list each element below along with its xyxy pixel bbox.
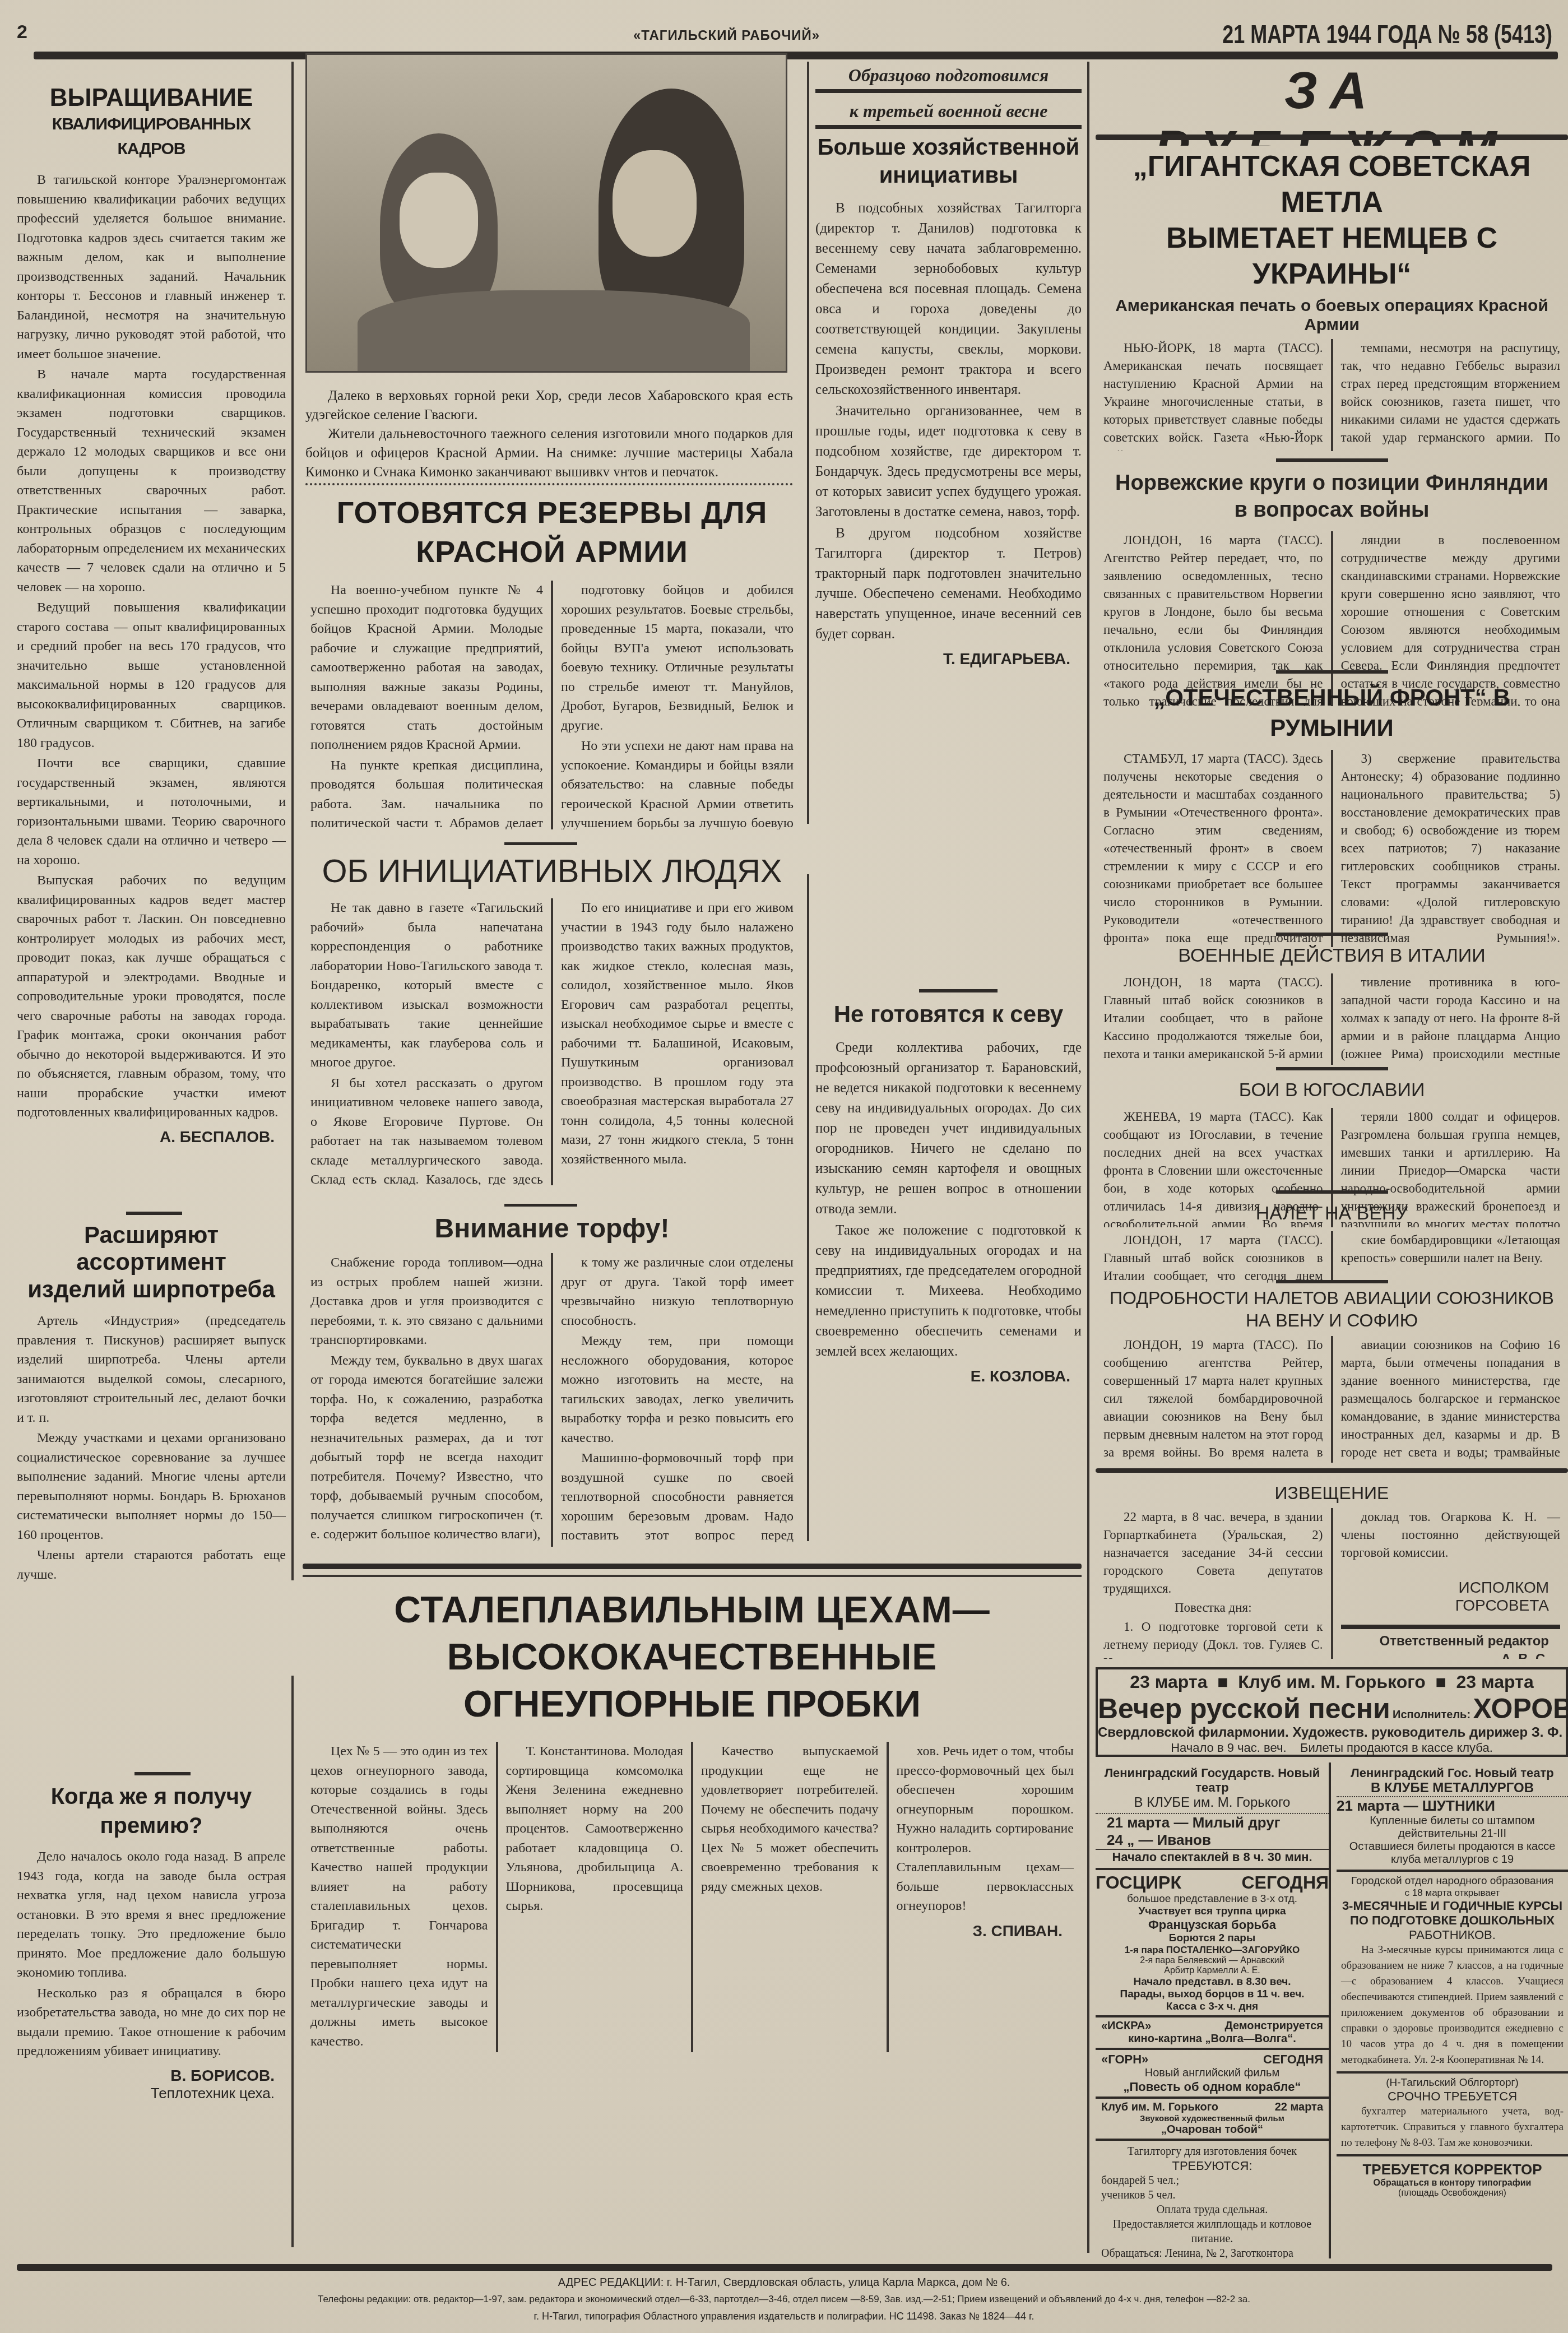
ad-text: (площадь Освобождения): [1341, 2188, 1564, 2199]
circus-start: Начало представл. в 8.30 веч.: [1096, 1976, 1329, 1988]
caption-text: Далеко в верховьях горной реки Хор, сред…: [305, 387, 793, 425]
paragraph: Т. Константинова. Молодая сортировщица к…: [506, 1742, 684, 1916]
paragraph: ЛОНДОН, 19 марта (ТАСС). По сообщению аг…: [1103, 1336, 1323, 1463]
circus-pair: 1-я пара ПОСТАЛЕНКО—ЗАГОРУЙКО: [1096, 1945, 1329, 1956]
headline: Не готовятся к севу: [815, 998, 1082, 1031]
headline: Норвежские круги о позиции Финляндии: [1096, 470, 1568, 497]
show-date: 21 марта: [1337, 1797, 1399, 1814]
article-initiative-people: ОБ ИНИЦИАТИВНЫХ ЛЮДЯХ Не так давно в газ…: [303, 849, 801, 1185]
ad-title: ТРЕБУЮТСЯ:: [1101, 2159, 1323, 2173]
ads-right-column: Ленинградский Гос. Новый театр В КЛУБЕ М…: [1337, 1762, 1568, 2258]
ad-iskra: «ИСКРА»Демонстрируется кино-картина „Вол…: [1096, 2017, 1329, 2050]
signature: В. БОРИСОВ.: [17, 2067, 286, 2085]
article-premium: Когда же я получу премию? Дело началось …: [17, 1782, 286, 2253]
column-divider: [807, 62, 809, 824]
film-date: 22 марта: [1275, 2101, 1323, 2114]
concert-title: Вечер русской песни: [1098, 1693, 1390, 1724]
paragraph: Среди коллектива рабочих, где профсоюзны…: [815, 1038, 1082, 1219]
ad-text: Обращаться в контору типографии: [1341, 2178, 1564, 2188]
column-divider: [291, 62, 294, 1580]
column-divider: [291, 1676, 294, 2247]
concert-detail: Свердловской филармонии. Художеств. руко…: [1098, 1725, 1566, 1741]
cinema-name: «ИСКРА»: [1101, 2020, 1151, 2033]
editor-name: А. В. С.: [1341, 1650, 1561, 1659]
circus-pair: 2-я пара Беляевский — Арнавский: [1096, 1956, 1329, 1966]
paragraph: Несколько раз я обращался в бюро изобрет…: [17, 1984, 286, 2061]
concert-tickets: Билеты продаются в кассе клуба.: [1300, 1741, 1493, 1755]
paragraph: НЬЮ-ЙОРК, 18 марта (ТАСС). Американская …: [1103, 339, 1323, 451]
separator: [126, 1212, 182, 1215]
ad-concert: 23 марта ■ Клуб им. М. Горького ■ 23 мар…: [1096, 1667, 1568, 1757]
show-title: — Иванов: [1138, 1831, 1211, 1848]
paragraph: к тому же различные слои отделены друг о…: [561, 1253, 794, 1330]
paragraph: Такое же положение с подготовкой к севу …: [815, 1221, 1082, 1362]
kicker: к третьей военной весне: [815, 98, 1082, 129]
ad-title: ПО ПОДГОТОВКЕ ДОШКОЛЬНЫХ: [1341, 1913, 1564, 1928]
ad-item: учеников 5 чел.: [1101, 2188, 1323, 2202]
paragraph: В подсобных хозяйствах Тагилторга (дирек…: [815, 198, 1082, 400]
concert-venue: Клуб им. М. Горького: [1238, 1672, 1425, 1692]
paragraph: ские бомбардировщики «Летающая крепость»…: [1341, 1231, 1561, 1267]
paragraph: Между участками и цехами организовано со…: [17, 1428, 286, 1544]
ad-note: Оставшиеся билеты продаются в кассе клуб…: [1337, 1840, 1568, 1866]
concert-date: 23 марта: [1130, 1672, 1207, 1692]
woman-face: [613, 150, 697, 257]
newspaper-page: 2 «ТАГИЛЬСКИЙ РАБОЧИЙ» 21 МАРТА 1944 ГОД…: [0, 0, 1568, 2333]
paragraph: Значительно организованнее, чем в прошлы…: [815, 401, 1082, 522]
ad-title: СРОЧНО ТРЕБУЕТСЯ: [1341, 2089, 1564, 2104]
abroad-section-header: ЗА РУБЕЖОМ: [1096, 62, 1568, 146]
theater-name: Ленинградский Государств. Новый театр: [1096, 1766, 1329, 1795]
ads-left-column: Ленинградский Государств. Новый театр В …: [1096, 1762, 1331, 2258]
kicker: Образцово подготовимся: [815, 62, 1082, 93]
section-rule: [1096, 1468, 1568, 1473]
film-descriptor: Новый английский фильм: [1101, 2067, 1323, 2080]
paragraph: По его инициативе и при его живом участи…: [561, 898, 794, 1169]
headline: „ОТЕЧЕСТВЕННЫЙ ФРОНТ“ В РУМЫНИИ: [1096, 683, 1568, 743]
ad-gorn: «ГОРН»СЕГОДНЯ Новый английский фильм „По…: [1096, 2050, 1329, 2099]
headline: ОГНЕУПОРНЫЕ ПРОБКИ: [303, 1680, 1082, 1727]
paragraph: Члены артели стараются работать еще лучш…: [17, 1546, 286, 1584]
imprint: АДРЕС РЕДАКЦИИ: г. Н-Тагил, Свердловская…: [0, 2274, 1568, 2325]
performer-label: Исполнитель:: [1393, 1709, 1470, 1721]
ad-text: (Н-Тагильский Облгорторг): [1341, 2077, 1564, 2089]
paragraph: доклад тов. Огаркова К. Н. — члены посто…: [1341, 1508, 1561, 1562]
paragraph: Но эти успехи не дают нам права на успок…: [561, 736, 794, 829]
headline: Когда же я получу премию?: [17, 1782, 286, 1840]
newspaper-name: «ТАГИЛЬСКИЙ РАБОЧИЙ»: [633, 28, 820, 44]
paragraph: авиации союзников на Софию 16 марта, был…: [1341, 1336, 1561, 1463]
ad-title: 3-МЕСЯЧНЫЕ И ГОДИЧНЫЕ КУРСЫ: [1341, 1899, 1564, 1913]
imprint-phones: Телефоны редакции: отв. редактор—1-97, з…: [0, 2291, 1568, 2308]
notice-title: ИЗВЕЩЕНИЕ: [1096, 1483, 1568, 1504]
article-peat: Внимание торфу! Снабжение города топливо…: [303, 1210, 801, 1547]
paragraph: Не так давно в газете «Тагильский рабочи…: [310, 898, 543, 1073]
headline: в вопросах войны: [1096, 497, 1568, 523]
headline: ВЫМЕТАЕТ НЕМЦЕВ С УКРАИНЫ“: [1096, 220, 1568, 292]
dateline: 21 МАРТА 1944 ГОДА № 58 (5413): [1222, 19, 1552, 50]
section-title: ЗА РУБЕЖОМ: [1096, 62, 1568, 146]
show-title: — Милый друг: [1173, 1814, 1280, 1831]
column-divider: [1087, 62, 1089, 2253]
headline: КВАЛИФИЦИРОВАННЫХ КАДРОВ: [17, 112, 286, 161]
paragraph: Почти все сварщики, сдавшие государствен…: [17, 754, 286, 870]
article-assortment: Расширяют ассортимент изделий ширпотреба…: [17, 1222, 286, 1726]
circus-line: Французская борьба: [1096, 1918, 1329, 1932]
circus-line: Участвует вся труппа цирка: [1096, 1905, 1329, 1918]
paragraph: тивление противника в юго-западной части…: [1341, 973, 1561, 1065]
ad-text: Предоставляется жилплощадь и котловое пи…: [1101, 2217, 1323, 2246]
agenda-item: 1. О подготовке торговой сети к летнему …: [1103, 1618, 1323, 1659]
circus-today: СЕГОДНЯ: [1241, 1872, 1329, 1893]
paragraph: Ведущий повышения квалификации старого с…: [17, 598, 286, 753]
film-title: „Повесть об одном корабле“: [1101, 2080, 1323, 2094]
editor-label: Ответственный редактор: [1341, 1632, 1561, 1650]
ad-urgent: (Н-Тагильский Облгорторг) СРОЧНО ТРЕБУЕТ…: [1337, 2074, 1568, 2156]
ad-text: Тагилторгу для изготовления бочек: [1101, 2144, 1323, 2159]
circus-referee: Арбитр Кармелли А. Е.: [1096, 1966, 1329, 1976]
paragraph: СТАМБУЛ, 17 марта (ТАСС). Здесь получены…: [1103, 750, 1323, 947]
theater-venue: В КЛУБЕ им. М. Горького: [1096, 1795, 1329, 1814]
paragraph: Качество выпускаемой продукции еще не уд…: [701, 1742, 879, 1896]
paragraph: Машинно-формовочный торф при воздушной с…: [561, 1449, 794, 1547]
article-cadres: ВЫРАЩИВАНИЕ КВАЛИФИЦИРОВАННЫХ КАДРОВ В т…: [17, 67, 286, 1199]
paragraph: Я бы хотел рассказать о другом инициатив…: [310, 1074, 543, 1186]
article-abroad-lead: „ГИГАНТСКАЯ СОВЕТСКАЯ МЕТЛА ВЫМЕТАЕТ НЕМ…: [1096, 149, 1568, 451]
headline: НА ВЕНУ И СОФИЮ: [1096, 1309, 1568, 1332]
section-rule: [303, 1575, 1082, 1577]
paragraph: В другом подсобном хозяйстве Тагилторга …: [815, 523, 1082, 644]
theater-venue: В КЛУБЕ МЕТАЛЛУРГОВ: [1337, 1780, 1568, 1797]
signature-role: Теплотехник цеха.: [17, 2085, 286, 2102]
ad-circus: ГОСЦИРКСЕГОДНЯ большое представление в 3…: [1096, 1870, 1329, 2017]
article-economy-initiative: Образцово подготовимся к третьей военной…: [815, 62, 1082, 981]
ad-body: На 3-месячные курсы принимаются лица с о…: [1341, 1942, 1564, 2068]
paragraph: Цех № 5 — это один из тех цехов огнеупор…: [310, 1742, 488, 2051]
concert-date: 23 марта: [1456, 1672, 1534, 1692]
separator: [504, 1204, 577, 1207]
headline: ОБ ИНИЦИАТИВНЫХ ЛЮДЯХ: [303, 849, 801, 894]
paragraph: ЛОНДОН, 17 марта (ТАСС). Главный штаб во…: [1103, 1231, 1323, 1283]
paragraph: Между тем, буквально в двух шагах от гор…: [310, 1351, 543, 1544]
issuer: ИСПОЛКОМ ГОРСОВЕТА: [1341, 1579, 1561, 1615]
paragraph: Дело началось около года назад. В апреле…: [17, 1847, 286, 1983]
ad-courses: Городской отдел народного образования с …: [1337, 1872, 1568, 2074]
circus-name: ГОСЦИРК: [1096, 1872, 1181, 1893]
concert-start: Начало в 9 час. веч.: [1171, 1741, 1286, 1755]
notice: ИЗВЕЩЕНИЕ 22 марта, в 8 час. вечера, в з…: [1096, 1479, 1568, 1659]
ad-corrector: ТРЕБУЕТСЯ КОРРЕКТОР Обращаться в контору…: [1337, 2156, 1568, 2203]
paragraph: подготовку бойцов и добился хороших резу…: [561, 581, 794, 735]
ad-item: бондарей 5 чел.;: [1101, 2173, 1323, 2188]
performer: ХОРОВАЯ КАПЕЛЛА: [1473, 1693, 1568, 1724]
show-title: — ШУТНИКИ: [1403, 1797, 1495, 1814]
separator: [134, 1772, 191, 1775]
paragraph: Между тем, при помощи несложного оборудо…: [561, 1332, 794, 1448]
ad-title: РАБОТНИКОВ.: [1341, 1928, 1564, 1942]
ad-gorky-film: Клуб им. М. Горького22 марта Звуковой ху…: [1096, 2099, 1329, 2141]
ad-text: с 18 марта открывает: [1341, 1887, 1564, 1899]
show-date: 21 марта: [1107, 1814, 1170, 1831]
section-rule: [303, 1564, 1082, 1569]
headline: Внимание торфу!: [303, 1210, 801, 1247]
page-number: 2: [17, 21, 27, 43]
paragraph: Артель «Индустрия» (председатель правлен…: [17, 1311, 286, 1427]
ad-tagiltorg: Тагилторгу для изготовления бочек ТРЕБУЮ…: [1096, 2141, 1329, 2258]
circus-box-office: Касса с 3-х ч. дня: [1096, 2001, 1329, 2013]
signature: Т. ЕДИГАРЬЕВА.: [815, 650, 1082, 668]
ad-text: Оплата труда сдельная.: [1101, 2202, 1323, 2217]
ad-theater-gorky: Ленинградский Государств. Новый театр В …: [1096, 1762, 1329, 1870]
paragraph: Снабжение города топливом—одна из острых…: [310, 1253, 543, 1350]
headline: ПОДРОБНОСТИ НАЛЕТОВ АВИАЦИИ СОЮЗНИКОВ: [1096, 1287, 1568, 1309]
club-name: Клуб им. М. Горького: [1101, 2101, 1218, 2114]
ad-body: бухгалтер материального учета, вод-карто…: [1341, 2104, 1564, 2151]
show-start: Начало спектаклей в 8 ч. 30 мин.: [1096, 1850, 1329, 1864]
theater-name: Ленинградский Гос. Новый театр: [1337, 1766, 1568, 1780]
signature: З. СПИВАН.: [897, 1922, 1074, 1941]
agenda-label: Повестка дня:: [1103, 1599, 1323, 1617]
circus-parade: Парады, выход борцов в 11 ч. веч.: [1096, 1988, 1329, 2001]
column-divider: [807, 874, 809, 1541]
paragraph: темпами, несмотря на распутицу, так, что…: [1341, 339, 1561, 451]
paragraph: Выпуская рабочих по ведущим квалифициров…: [17, 871, 286, 1123]
headline: ВЫРАЩИВАНИЕ: [17, 84, 286, 112]
headline: НАЛЕТ НА ВЕНУ: [1096, 1203, 1568, 1225]
headline: СТАЛЕПЛАВИЛЬНЫМ ЦЕХАМ—ВЫСОКОКАЧЕСТВЕННЫЕ: [303, 1586, 1082, 1680]
cinema-name: «ГОРН»: [1101, 2052, 1148, 2067]
article-vienna: НАЛЕТ НА ВЕНУ ЛОНДОН, 17 марта (ТАСС). Г…: [1096, 1188, 1568, 1283]
imprint-address: АДРЕС РЕДАКЦИИ: г. Н-Тагил, Свердловская…: [0, 2274, 1568, 2291]
ad-title: ТРЕБУЕТСЯ КОРРЕКТОР: [1341, 2161, 1564, 2178]
separator: [504, 842, 577, 845]
paragraph: 3) свержение правительства Антонеску; 4)…: [1341, 750, 1561, 947]
subheadline: Американская печать о боевых операциях К…: [1096, 296, 1568, 335]
woman-face: [400, 173, 478, 268]
paragraph: В начале марта государственная квалифика…: [17, 365, 286, 597]
ad-contact: Обращаться: Ленина, № 2, Заготконтора Та…: [1101, 2246, 1323, 2258]
paragraph: хов. Речь идет о том, чтобы прессо-формо…: [897, 1742, 1074, 1916]
headline: ГОТОВЯТСЯ РЕЗЕРВЫ ДЛЯ КРАСНОЙ АРМИИ: [303, 493, 801, 572]
paragraph: На пункте крепкая дисциплина, проводятся…: [310, 756, 543, 830]
headline: „ГИГАНТСКАЯ СОВЕТСКАЯ МЕТЛА: [1096, 149, 1568, 220]
headline: БОИ В ЮГОСЛАВИИ: [1096, 1079, 1568, 1101]
film-title: кино-картина „Волга—Волга“.: [1101, 2033, 1323, 2046]
headline: изделий ширпотреба: [17, 1276, 286, 1304]
cinema-today: СЕГОДНЯ: [1263, 2052, 1323, 2067]
wavy-separator: [305, 483, 793, 485]
paragraph: ЛОНДОН, 18 марта (ТАСС). Главный штаб во…: [1103, 973, 1323, 1065]
paragraph: В тагильской конторе Уралэнергомонтаж по…: [17, 170, 286, 364]
ad-note: Купленные билеты со штампом действительн…: [1337, 1815, 1568, 1840]
article-reserves: ГОТОВЯТСЯ РЕЗЕРВЫ ДЛЯ КРАСНОЙ АРМИИ На в…: [303, 493, 801, 829]
circus-line: большое представление в 3-х отд.: [1096, 1893, 1329, 1905]
article-italy: ВОЕННЫЕ ДЕЙСТВИЯ В ИТАЛИИ ЛОНДОН, 18 мар…: [1096, 930, 1568, 1065]
ad-theater-metal: Ленинградский Гос. Новый театр В КЛУБЕ М…: [1337, 1762, 1568, 1872]
photo-caption: Далеко в верховьях горной реки Хор, сред…: [305, 387, 793, 476]
embroidery: [358, 290, 750, 373]
article-steel: СТАЛЕПЛАВИЛЬНЫМ ЦЕХАМ—ВЫСОКОКАЧЕСТВЕННЫЕ…: [303, 1586, 1082, 2253]
cinema-status: Демонстрируется: [1224, 2020, 1323, 2033]
circus-line: Борются 2 пары: [1096, 1932, 1329, 1945]
article-raids-detail: ПОДРОБНОСТИ НАЛЕТОВ АВИАЦИИ СОЮЗНИКОВ НА…: [1096, 1278, 1568, 1463]
show-date: 24 „: [1107, 1831, 1134, 1848]
masthead-rule: [34, 52, 1558, 59]
separator: [919, 989, 998, 992]
paragraph: На военно-учебном пункте № 4 успешно про…: [310, 581, 543, 755]
signature: А. БЕСПАЛОВ.: [17, 1128, 286, 1146]
film-descriptor: Звуковой художественный фильм: [1101, 2114, 1323, 2123]
headline: Больше хозяйственной: [815, 133, 1082, 161]
section-rule: [1096, 134, 1568, 140]
headline: инициативы: [815, 161, 1082, 189]
ad-text: Городской отдел народного образования: [1341, 1875, 1564, 1887]
photo-embroiderers: [305, 53, 787, 373]
caption-text: Жители дальневосточного таежного селения…: [305, 425, 793, 476]
paragraph: 22 марта, в 8 час. вечера, в здании Горп…: [1103, 1508, 1323, 1598]
article-romania: „ОТЕЧЕСТВЕННЫЙ ФРОНТ“ В РУМЫНИИ СТАМБУЛ,…: [1096, 667, 1568, 947]
article-not-preparing: Не готовятся к севу Среди коллектива раб…: [815, 998, 1082, 1547]
imprint-printer: г. Н-Тагил, типография Областного управл…: [0, 2308, 1568, 2325]
signature: Е. КОЗЛОВА.: [815, 1367, 1082, 1385]
headline: ВОЕННЫЕ ДЕЙСТВИЯ В ИТАЛИИ: [1096, 945, 1568, 967]
headline: Расширяют ассортимент: [17, 1222, 286, 1276]
film-title: „Очарован тобой“: [1101, 2123, 1323, 2136]
footer-rule: [17, 2264, 1552, 2271]
